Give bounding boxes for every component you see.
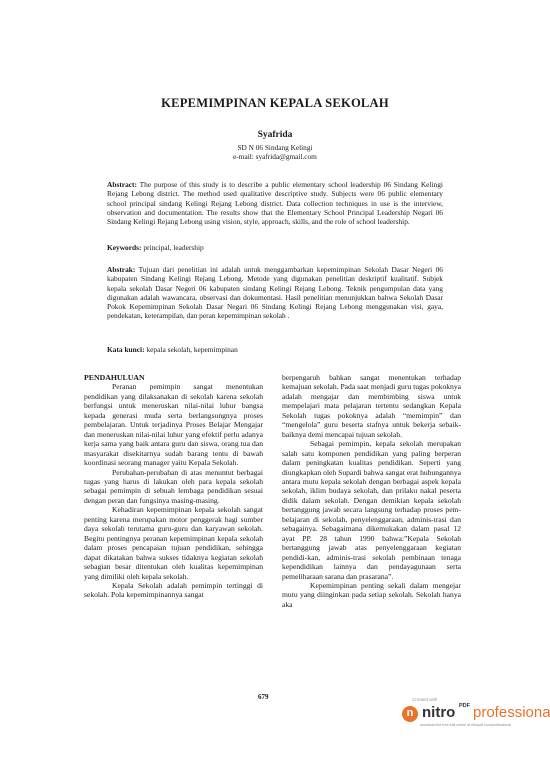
paragraph: Kepala Sekolah adalah pemimpin tertinggi… bbox=[84, 581, 263, 600]
right-column: berpengaruh bahkan sangat menentukan ter… bbox=[282, 373, 461, 609]
keywords-indonesian: Kata kunci: kepala sekolah, kepemimpinan bbox=[107, 345, 443, 354]
professional-label: professional bbox=[473, 704, 550, 721]
keywords-text: principal, leadership bbox=[143, 243, 203, 252]
abstract-label: Abstract: bbox=[107, 180, 137, 189]
section-heading: PENDAHULUAN bbox=[84, 373, 263, 382]
download-link[interactable]: download the free trial online at nitrop… bbox=[420, 723, 511, 727]
paragraph: Kepemimpinan penting sekali dalam mengej… bbox=[282, 581, 461, 609]
pdf-superscript: PDF bbox=[459, 703, 470, 709]
paragraph: berpengaruh bahkan sangat menentukan ter… bbox=[282, 373, 461, 439]
abstrak-label: Abstrak: bbox=[107, 265, 135, 274]
page-number: 679 bbox=[258, 693, 269, 701]
nitro-watermark: Created with n nitro PDF professional do… bbox=[390, 697, 540, 737]
paragraph: Perubahan-perubahan di atas menuntut ber… bbox=[84, 468, 263, 506]
kata-kunci-label: Kata kunci: bbox=[107, 345, 145, 354]
created-with-label: Created with bbox=[412, 697, 437, 702]
nitro-brand: nitro bbox=[422, 704, 455, 721]
abstract-english: Abstract: The purpose of this study is t… bbox=[107, 180, 443, 226]
paragraph: Peranan pemimpin sangat menentukan pendi… bbox=[84, 382, 263, 467]
keywords-label: Keywords: bbox=[107, 243, 142, 252]
left-column: PENDAHULUAN Peranan pemimpin sangat mene… bbox=[84, 373, 263, 600]
kata-kunci-text: kepala sekolah, kepemimpinan bbox=[146, 345, 237, 354]
author-affiliation: SD N 06 Sindang Kelingi e-mail: syafrida… bbox=[0, 143, 550, 161]
abstract-text: The purpose of this study is to describe… bbox=[107, 180, 443, 226]
paragraph: Sebagai pemimpin, kepala sekolah merupak… bbox=[282, 439, 461, 581]
author-name: Syafrida bbox=[0, 130, 550, 140]
keywords-english: Keywords: principal, leadership bbox=[107, 243, 443, 252]
abstract-indonesian: Abstrak: Tujuan dari penelitian ini adal… bbox=[107, 265, 443, 321]
author-email: e-mail: syafrida@gmail.com bbox=[0, 152, 550, 161]
paper-title: KEPEMIMPINAN KEPALA SEKOLAH bbox=[0, 96, 550, 111]
abstrak-text: Tujuan dari penelitian ini adalah untuk … bbox=[107, 265, 443, 320]
paragraph: Kehadiran kepemimpinan kepala sekolah sa… bbox=[84, 505, 263, 581]
affiliation: SD N 06 Sindang Kelingi bbox=[0, 143, 550, 152]
nitro-logo-icon: n bbox=[402, 706, 418, 722]
